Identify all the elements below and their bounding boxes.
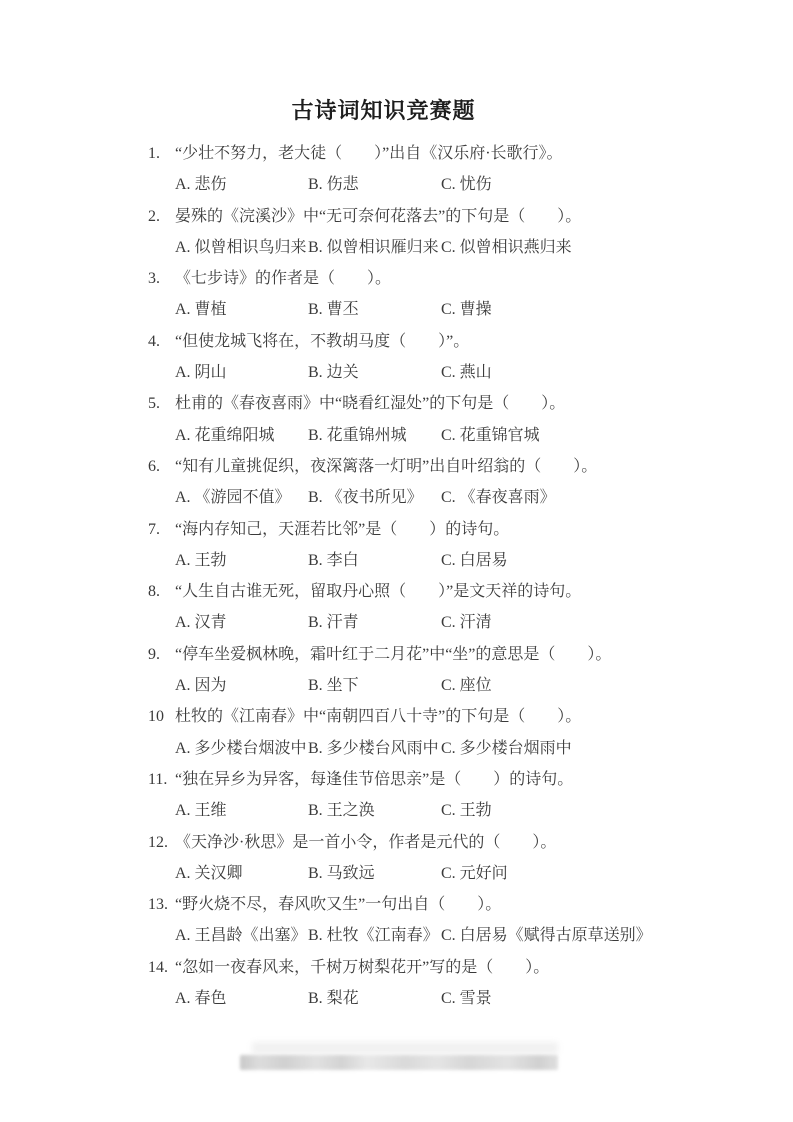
option-c: C. 汗清 bbox=[441, 607, 574, 638]
question-line: 8.“人生自古谁无死，留取丹心照（ ）”是文天祥的诗句。 bbox=[148, 576, 793, 607]
option-b: B. 杜牧《江南春》 bbox=[308, 920, 441, 951]
option-b: B. 似曾相识雁归来 bbox=[308, 232, 441, 263]
option-c: C. 白居易 bbox=[441, 545, 574, 576]
question-line: 3.《七步诗》的作者是（ ）。 bbox=[148, 263, 793, 294]
question-item: 8.“人生自古谁无死，留取丹心照（ ）”是文天祥的诗句。 A. 汉青B. 汗青C… bbox=[148, 576, 793, 639]
option-a: A. 阴山 bbox=[175, 357, 308, 388]
question-item: 7.“海内存知己，天涯若比邻”是（ ）的诗句。 A. 王勃B. 李白C. 白居易 bbox=[148, 514, 793, 577]
question-line: 1.“少壮不努力，老大徒（ ）”出自《汉乐府·长歌行》。 bbox=[148, 138, 793, 169]
question-item: 13.“野火烧不尽，春风吹又生”一句出自（ ）。 A. 王昌龄《出塞》B. 杜牧… bbox=[148, 889, 793, 952]
question-item: 1.“少壮不努力，老大徒（ ）”出自《汉乐府·长歌行》。 A. 悲伤B. 伤悲C… bbox=[148, 138, 793, 201]
question-text: “人生自古谁无死，留取丹心照（ ）”是文天祥的诗句。 bbox=[175, 583, 581, 600]
question-text: “知有儿童挑促织，夜深篱落一灯明”出自叶绍翁的（ ）。 bbox=[175, 458, 597, 475]
page-title: 古诗词知识竞赛题 bbox=[0, 0, 793, 126]
question-text: 杜甫的《春夜喜雨》中“晓看红湿处”的下句是（ ）。 bbox=[175, 395, 565, 412]
question-text: 《七步诗》的作者是（ ）。 bbox=[175, 270, 391, 287]
question-options: A. 悲伤B. 伤悲C. 忧伤 bbox=[148, 169, 793, 200]
option-b: B. 王之涣 bbox=[308, 795, 441, 826]
question-options: A. 王维B. 王之涣C. 王勃 bbox=[148, 795, 793, 826]
question-number: 3. bbox=[148, 263, 175, 294]
question-number: 6. bbox=[148, 451, 175, 482]
question-options: A. 花重绵阳城B. 花重锦州城C. 花重锦官城 bbox=[148, 420, 793, 451]
option-a: A. 王昌龄《出塞》 bbox=[175, 920, 308, 951]
option-b: B. 伤悲 bbox=[308, 169, 441, 200]
question-line: 12.《天净沙·秋思》是一首小令，作者是元代的（ ）。 bbox=[148, 827, 793, 858]
option-a: A. 花重绵阳城 bbox=[175, 420, 308, 451]
option-b: B. 花重锦州城 bbox=[308, 420, 441, 451]
question-options: A. 《游园不值》B. 《夜书所见》C. 《春夜喜雨》 bbox=[148, 482, 793, 513]
option-c: C. 燕山 bbox=[441, 357, 574, 388]
question-item: 14.“忽如一夜春风来，千树万树梨花开”写的是（ ）。 A. 春色B. 梨花C.… bbox=[148, 952, 793, 1015]
question-text: 杜牧的《江南春》中“南朝四百八十寺”的下句是（ ）。 bbox=[175, 708, 581, 725]
question-number: 2. bbox=[148, 201, 175, 232]
question-line: 9.“停车坐爱枫林晚，霜叶红于二月花”中“坐”的意思是（ ）。 bbox=[148, 639, 793, 670]
question-line: 11.“独在异乡为异客，每逢佳节倍思亲”是（ ）的诗句。 bbox=[148, 764, 793, 795]
option-a: A. 曹植 bbox=[175, 294, 308, 325]
question-line: 14.“忽如一夜春风来，千树万树梨花开”写的是（ ）。 bbox=[148, 952, 793, 983]
option-c: C. 曹操 bbox=[441, 294, 574, 325]
question-text: “但使龙城飞将在，不教胡马度（ ）”。 bbox=[175, 333, 469, 350]
question-number: 9. bbox=[148, 639, 175, 670]
option-c: C. 元好问 bbox=[441, 858, 574, 889]
option-b: B. 梨花 bbox=[308, 983, 441, 1014]
watermark-smudge bbox=[240, 1055, 558, 1070]
question-options: A. 王勃B. 李白C. 白居易 bbox=[148, 545, 793, 576]
question-item: 9.“停车坐爱枫林晚，霜叶红于二月花”中“坐”的意思是（ ）。 A. 因为B. … bbox=[148, 639, 793, 702]
question-line: 4.“但使龙城飞将在，不教胡马度（ ）”。 bbox=[148, 326, 793, 357]
option-a: A. 因为 bbox=[175, 670, 308, 701]
option-a: A. 关汉卿 bbox=[175, 858, 308, 889]
option-c: C. 多少楼台烟雨中 bbox=[441, 733, 574, 764]
question-number: 5. bbox=[148, 388, 175, 419]
question-number: 4. bbox=[148, 326, 175, 357]
question-number: 11. bbox=[148, 764, 175, 795]
option-b: B. 多少楼台风雨中 bbox=[308, 733, 441, 764]
option-c: C. 《春夜喜雨》 bbox=[441, 482, 574, 513]
option-a: A. 似曾相识鸟归来 bbox=[175, 232, 308, 263]
question-options: A. 王昌龄《出塞》B. 杜牧《江南春》C. 白居易《赋得古原草送别》 bbox=[148, 920, 793, 951]
question-line: 7.“海内存知己，天涯若比邻”是（ ）的诗句。 bbox=[148, 514, 793, 545]
question-options: A. 汉青B. 汗青C. 汗清 bbox=[148, 607, 793, 638]
watermark-halo bbox=[252, 1042, 558, 1054]
option-a: A. 春色 bbox=[175, 983, 308, 1014]
option-a: A. 汉青 bbox=[175, 607, 308, 638]
option-c: C. 花重锦官城 bbox=[441, 420, 574, 451]
question-text: “忽如一夜春风来，千树万树梨花开”写的是（ ）。 bbox=[175, 959, 549, 976]
option-a: A. 王维 bbox=[175, 795, 308, 826]
question-options: A. 多少楼台烟波中B. 多少楼台风雨中C. 多少楼台烟雨中 bbox=[148, 733, 793, 764]
question-number: 14. bbox=[148, 952, 175, 983]
option-a: A. 悲伤 bbox=[175, 169, 308, 200]
question-number: 13. bbox=[148, 889, 175, 920]
question-options: A. 似曾相识鸟归来B. 似曾相识雁归来C. 似曾相识燕归来 bbox=[148, 232, 793, 263]
question-text: “停车坐爱枫林晚，霜叶红于二月花”中“坐”的意思是（ ）。 bbox=[175, 646, 611, 663]
question-line: 6.“知有儿童挑促织，夜深篱落一灯明”出自叶绍翁的（ ）。 bbox=[148, 451, 793, 482]
question-text: “野火烧不尽，春风吹又生”一句出自（ ）。 bbox=[175, 896, 501, 913]
question-options: A. 阴山B. 边关C. 燕山 bbox=[148, 357, 793, 388]
document-page: 古诗词知识竞赛题 1.“少壮不努力，老大徒（ ）”出自《汉乐府·长歌行》。 A.… bbox=[0, 0, 793, 1122]
question-line: 10杜牧的《江南春》中“南朝四百八十寺”的下句是（ ）。 bbox=[148, 701, 793, 732]
question-line: 13.“野火烧不尽，春风吹又生”一句出自（ ）。 bbox=[148, 889, 793, 920]
question-item: 6.“知有儿童挑促织，夜深篱落一灯明”出自叶绍翁的（ ）。 A. 《游园不值》B… bbox=[148, 451, 793, 514]
option-b: B. 边关 bbox=[308, 357, 441, 388]
option-b: B. 曹丕 bbox=[308, 294, 441, 325]
option-c: C. 雪景 bbox=[441, 983, 574, 1014]
question-item: 11.“独在异乡为异客，每逢佳节倍思亲”是（ ）的诗句。 A. 王维B. 王之涣… bbox=[148, 764, 793, 827]
question-text: “独在异乡为异客，每逢佳节倍思亲”是（ ）的诗句。 bbox=[175, 771, 573, 788]
question-list: 1.“少壮不努力，老大徒（ ）”出自《汉乐府·长歌行》。 A. 悲伤B. 伤悲C… bbox=[148, 138, 793, 1014]
question-number: 12. bbox=[148, 827, 175, 858]
question-line: 2.晏殊的《浣溪沙》中“无可奈何花落去”的下句是（ ）。 bbox=[148, 201, 793, 232]
question-text: “海内存知己，天涯若比邻”是（ ）的诗句。 bbox=[175, 521, 509, 538]
option-c: C. 忧伤 bbox=[441, 169, 574, 200]
question-number: 8. bbox=[148, 576, 175, 607]
option-c: C. 座位 bbox=[441, 670, 574, 701]
option-a: A. 《游园不值》 bbox=[175, 482, 308, 513]
question-item: 4.“但使龙城飞将在，不教胡马度（ ）”。 A. 阴山B. 边关C. 燕山 bbox=[148, 326, 793, 389]
option-c: C. 白居易《赋得古原草送别》 bbox=[441, 920, 652, 951]
option-b: B. 坐下 bbox=[308, 670, 441, 701]
option-a: A. 多少楼台烟波中 bbox=[175, 733, 308, 764]
question-line: 5.杜甫的《春夜喜雨》中“晓看红湿处”的下句是（ ）。 bbox=[148, 388, 793, 419]
option-a: A. 王勃 bbox=[175, 545, 308, 576]
question-options: A. 曹植B. 曹丕C. 曹操 bbox=[148, 294, 793, 325]
question-item: 3.《七步诗》的作者是（ ）。 A. 曹植B. 曹丕C. 曹操 bbox=[148, 263, 793, 326]
question-item: 10杜牧的《江南春》中“南朝四百八十寺”的下句是（ ）。 A. 多少楼台烟波中B… bbox=[148, 701, 793, 764]
question-number: 1. bbox=[148, 138, 175, 169]
question-item: 5.杜甫的《春夜喜雨》中“晓看红湿处”的下句是（ ）。 A. 花重绵阳城B. 花… bbox=[148, 388, 793, 451]
question-options: A. 关汉卿B. 马致远C. 元好问 bbox=[148, 858, 793, 889]
option-b: B. 马致远 bbox=[308, 858, 441, 889]
question-item: 2.晏殊的《浣溪沙》中“无可奈何花落去”的下句是（ ）。 A. 似曾相识鸟归来B… bbox=[148, 201, 793, 264]
question-text: 晏殊的《浣溪沙》中“无可奈何花落去”的下句是（ ）。 bbox=[175, 208, 581, 225]
option-b: B. 李白 bbox=[308, 545, 441, 576]
question-number: 10 bbox=[148, 701, 175, 732]
option-b: B. 《夜书所见》 bbox=[308, 482, 441, 513]
question-options: A. 春色B. 梨花C. 雪景 bbox=[148, 983, 793, 1014]
option-b: B. 汗青 bbox=[308, 607, 441, 638]
option-c: C. 似曾相识燕归来 bbox=[441, 232, 574, 263]
question-options: A. 因为B. 坐下C. 座位 bbox=[148, 670, 793, 701]
question-number: 7. bbox=[148, 514, 175, 545]
question-text: “少壮不努力，老大徒（ ）”出自《汉乐府·长歌行》。 bbox=[175, 145, 563, 162]
option-c: C. 王勃 bbox=[441, 795, 574, 826]
question-text: 《天净沙·秋思》是一首小令，作者是元代的（ ）。 bbox=[175, 834, 556, 851]
question-item: 12.《天净沙·秋思》是一首小令，作者是元代的（ ）。 A. 关汉卿B. 马致远… bbox=[148, 827, 793, 890]
